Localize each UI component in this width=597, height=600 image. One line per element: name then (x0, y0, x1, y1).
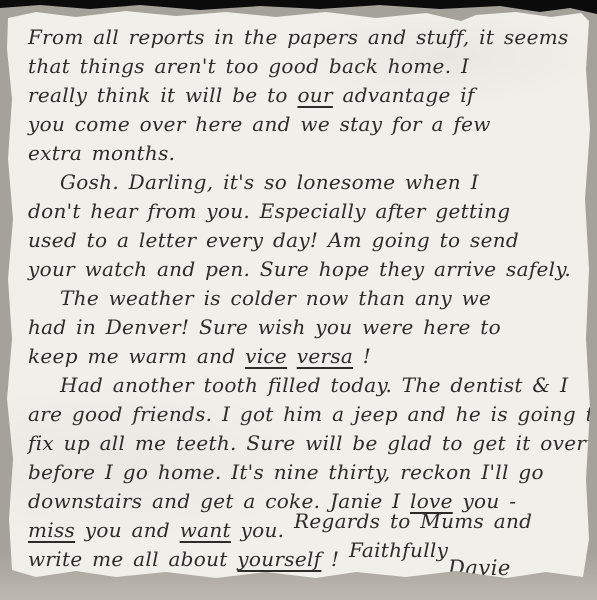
letter-line: used to a letter every day! Am going to … (28, 226, 576, 255)
letter-line: From all reports in the papers and stuff… (28, 23, 576, 52)
letter-line: before I go home. It's nine thirty, reck… (28, 458, 576, 487)
letter-line: really think it will be to our advantage… (28, 81, 576, 110)
letter-text-segment: you and (75, 518, 180, 542)
letter-text-segment: extra months. (28, 141, 175, 165)
letter-text-segment: ! (321, 547, 349, 571)
letter-text-segment: versa (297, 344, 353, 368)
scan-background: From all reports in the papers and stuff… (0, 0, 597, 600)
letter-line: you come over here and we stay for a few (28, 110, 576, 139)
letter-text-segment: you come over here and we stay for a few (28, 112, 491, 136)
letter-line: your watch and pen. Sure hope they arriv… (28, 255, 576, 284)
letter-line: had in Denver! Sure wish you were here t… (28, 313, 576, 342)
letter-line: Gosh. Darling, it's so lonesome when I (28, 168, 576, 197)
letter-text-segment: Had another tooth filled today. The dent… (60, 373, 568, 397)
letter-line: extra months. (28, 139, 576, 168)
letter-text-segment: Regards to Mums and (294, 509, 532, 533)
letter-text-segment: had in Denver! Sure wish you were here t… (28, 315, 501, 339)
letter-line: keep me warm and vice versa ! (28, 342, 576, 371)
letter-text-segment: miss (28, 518, 75, 542)
signature: Davie (448, 554, 576, 583)
letter-text-segment: used to a letter every day! Am going to … (28, 228, 519, 252)
letter-text-segment: that things aren't too good back home. I (28, 54, 469, 78)
letter-text-segment: advantage if (333, 83, 475, 107)
letter-text-segment: you. (231, 518, 294, 542)
letter-line: Had another tooth filled today. The dent… (28, 371, 576, 400)
letter-line: that things aren't too good back home. I (28, 52, 576, 81)
letter-line: The weather is colder now than any we (28, 284, 576, 313)
letter-body: From all reports in the papers and stuff… (28, 23, 576, 583)
letter-text-segment: are good friends. I got him a jeep and h… (28, 402, 597, 426)
letter-text-segment: really think it will be to (28, 83, 297, 107)
letter-text-segment: our (297, 83, 332, 107)
letter-text-segment: Gosh. Darling, it's so lonesome when I (60, 170, 479, 194)
letter-text-segment (287, 344, 297, 368)
letter-text-segment: vice (245, 344, 287, 368)
letter-text-segment: fix up all me teeth. Sure will be glad t… (28, 431, 597, 455)
letter-line: miss you and want you. Regards to Mums a… (28, 516, 576, 545)
letter-text-segment: your watch and pen. Sure hope they arriv… (28, 257, 571, 281)
letter-text-segment: don't hear from you. Especially after ge… (28, 199, 510, 223)
letter-text-segment: before I go home. It's nine thirty, reck… (28, 460, 544, 484)
letter-text-segment: Faithfully (349, 538, 448, 562)
letter-line: are good friends. I got him a jeep and h… (28, 400, 576, 429)
letter-text-segment: keep me warm and (28, 344, 245, 368)
letter-text-segment: yourself (237, 547, 321, 571)
letter-text-segment: want (180, 518, 231, 542)
letter-text-segment: From all reports in the papers and stuff… (28, 25, 569, 49)
letter-text-segment: The weather is colder now than any we (60, 286, 491, 310)
letter-text-segment: ! (353, 344, 371, 368)
letter-paper: From all reports in the papers and stuff… (6, 9, 590, 590)
letter-text-segment: write me all about (28, 547, 237, 571)
letter-line: fix up all me teeth. Sure will be glad t… (28, 429, 576, 458)
letter-line: don't hear from you. Especially after ge… (28, 197, 576, 226)
